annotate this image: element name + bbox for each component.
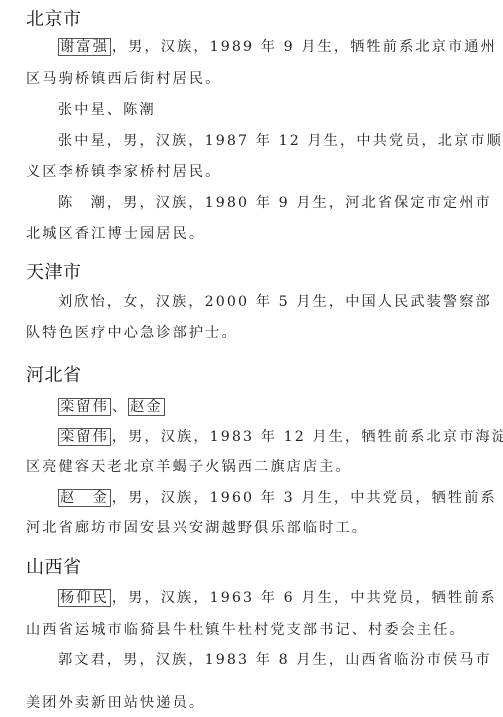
paragraph-line: 郭文君，男，汉族，1983 年 8 月生，山西省临汾市侯马市	[58, 650, 492, 670]
subheading-names: 栾留伟、赵金	[58, 397, 166, 417]
paragraph-line: 北城区香江博士园居民。	[26, 224, 205, 244]
subheading-names: 张中星、陈潮	[58, 100, 156, 120]
boxed-name: 赵 金	[58, 489, 111, 507]
paragraph-line: 陈 潮，男，汉族，1980 年 9 月生，河北省保定市定州市	[58, 193, 492, 213]
paragraph-line: 栾留伟，男，汉族，1983 年 12 月生，牺牲前系北京市海淀	[58, 427, 503, 447]
boxed-name: 杨仰民	[58, 589, 111, 607]
paragraph-line: 区亮健容天老北京羊蝎子火锅西二旗店店主。	[26, 457, 352, 477]
boxed-name: 栾留伟	[58, 398, 111, 416]
paragraph-line: 队特色医疗中心急诊部护士。	[26, 323, 238, 343]
paragraph-line: 杨仰民，男，汉族，1963 年 6 月生，中共党员，牺牲前系	[58, 588, 497, 608]
paragraph-line: 张中星，男，汉族，1987 年 12 月生，中共党员，北京市顺	[58, 131, 503, 151]
paragraph-line: 美团外卖新田站快递员。	[26, 693, 205, 713]
boxed-name: 赵金	[128, 398, 165, 416]
section-heading-beijing: 北京市	[26, 9, 82, 31]
paragraph-line: 河北省廊坊市固安县兴安湖越野俱乐部临时工。	[26, 518, 368, 538]
section-heading-tianjin: 天津市	[26, 262, 82, 284]
paragraph-line: 区马驹桥镇西后街村居民。	[26, 69, 221, 89]
boxed-name: 谢富强	[58, 38, 111, 56]
paragraph-line: 义区李桥镇李家桥村居民。	[26, 162, 221, 182]
boxed-name: 栾留伟	[58, 428, 111, 446]
section-heading-hebei: 河北省	[26, 365, 82, 387]
paragraph-line: 赵 金，男，汉族，1960 年 3 月生，中共党员，牺牲前系	[58, 488, 497, 508]
paragraph-line: 谢富强，男，汉族，1989 年 9 月生，牺牲前系北京市通州	[58, 37, 497, 57]
paragraph-line: 刘欣怡，女，汉族，2000 年 5 月生，中国人民武装警察部	[58, 292, 492, 312]
section-heading-shanxi: 山西省	[26, 557, 82, 579]
paragraph-line: 山西省运城市临猗县牛杜镇牛杜村党支部书记、村委会主任。	[26, 620, 466, 640]
